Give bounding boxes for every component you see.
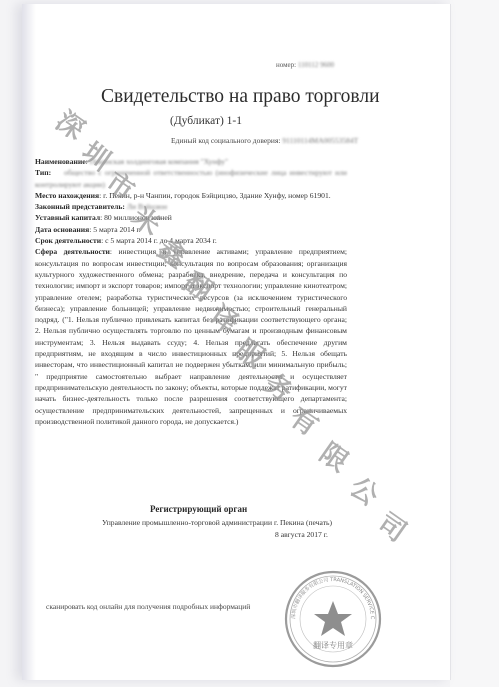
representative-label: Законный представитель: <box>35 202 125 211</box>
address-value: г. Пекин, р-н Чанпин, городок Бэйцицзяо,… <box>103 191 331 200</box>
document-subtitle: (Дубликат) 1-1 <box>170 115 242 127</box>
social-code-value: 91110114MA00553584T <box>282 136 358 145</box>
svg-text:翻译专用章: 翻译专用章 <box>313 640 353 650</box>
document-number: номер: 110112 9600 <box>276 61 334 69</box>
number-value: 110112 9600 <box>298 61 334 69</box>
type-label: Тип: <box>35 168 51 177</box>
scan-background <box>450 0 499 687</box>
capital-label: Уставный капитал <box>35 213 100 222</box>
page-edge-shadow <box>22 4 36 680</box>
field-type: Тип: общество с ограниченной ответственн… <box>35 167 347 190</box>
scan-note: сканировать код онлайн для получения под… <box>46 602 250 611</box>
field-founded: Дата основания: 5 марта 2014 г. <box>35 224 347 235</box>
term-label: Срок деятельности <box>35 236 101 245</box>
field-representative: Законный представитель: Ли Вэйцзюн <box>35 201 347 212</box>
founded-label: Дата основания <box>35 225 89 234</box>
social-credit-code: Единый код социального доверия: 91110114… <box>171 136 358 145</box>
registration-date: 8 августа 2017 г. <box>275 530 328 539</box>
social-code-label: Единый код социального доверия: <box>171 136 280 145</box>
field-address: Место нахождения: г. Пекин, р-н Чанпин, … <box>35 190 347 201</box>
translation-seal-stamp: 翻译专用章 深圳市翻译服务有限公司 TRANSLATION SERVICE CO… <box>283 569 383 669</box>
document-title: Свидетельство на право торговли <box>101 86 380 108</box>
seal-icon: 翻译专用章 深圳市翻译服务有限公司 TRANSLATION SERVICE CO… <box>283 569 383 669</box>
registration-title: Регистрирующий орган <box>150 504 247 514</box>
type-value: общество с ограниченной ответственностью… <box>35 168 347 188</box>
address-label: Место нахождения <box>35 191 99 200</box>
scope-label: Сфера деятельности <box>35 247 110 256</box>
number-label: номер: <box>276 61 296 69</box>
field-capital: Уставный капитал: 80 миллионов юаней <box>35 212 347 223</box>
registration-organ: Управление промышленно-торговой админист… <box>102 518 332 527</box>
